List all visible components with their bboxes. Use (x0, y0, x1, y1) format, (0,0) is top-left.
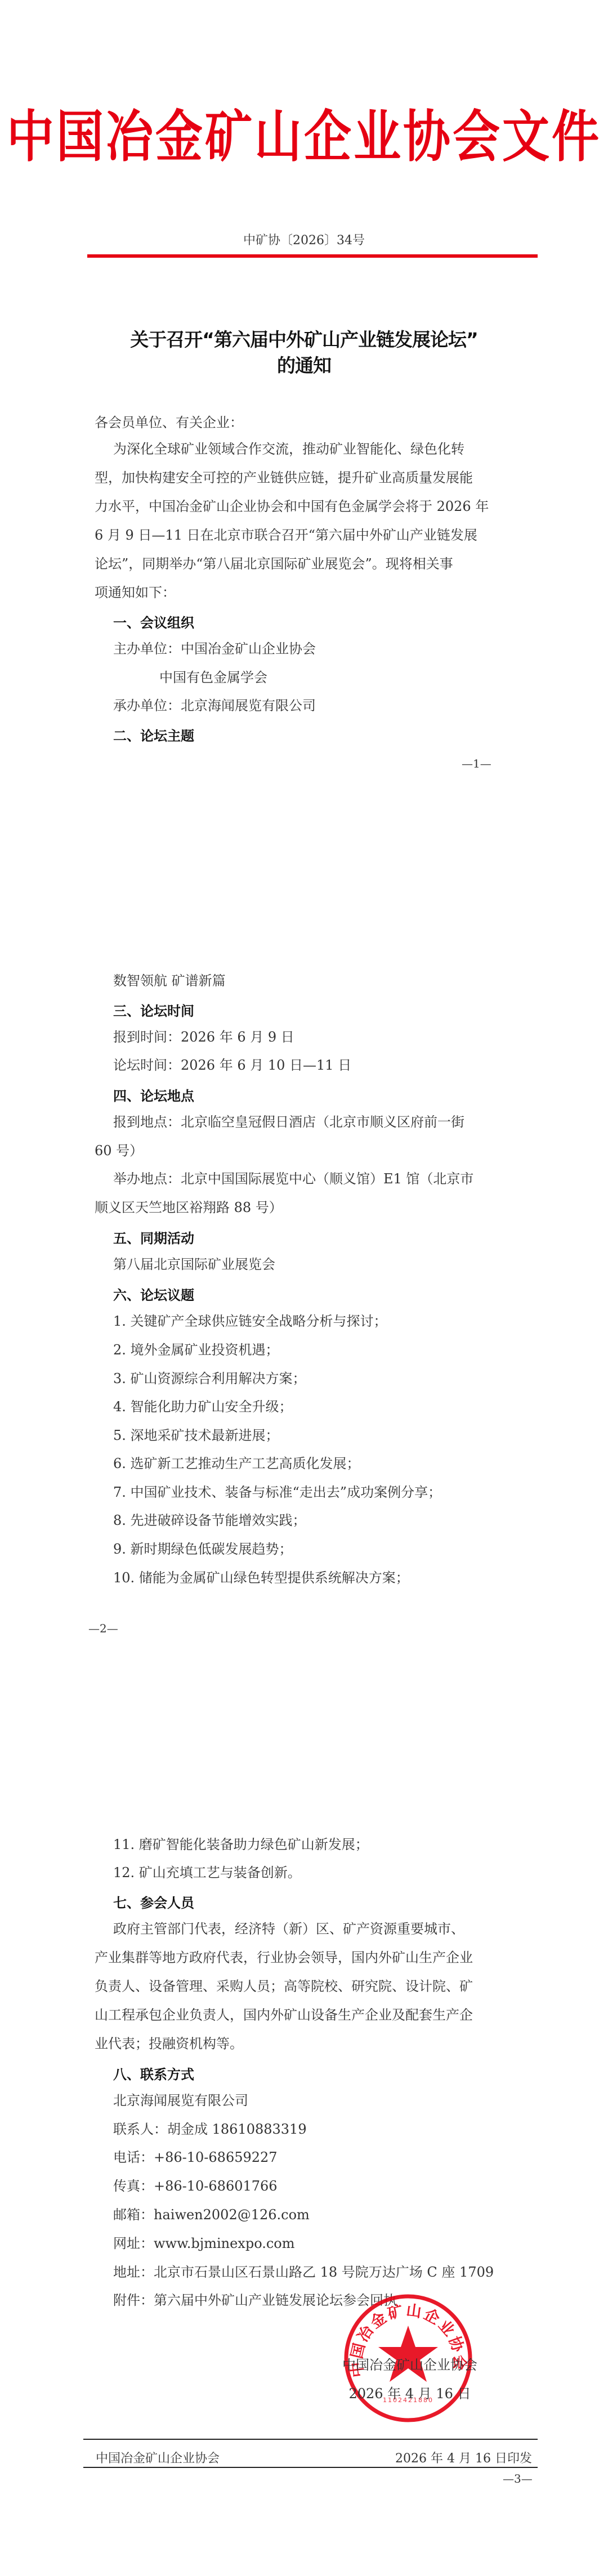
attendees-line: 业代表；投融资机构等。 (95, 2035, 534, 2053)
page-number-1: —1— (462, 757, 491, 770)
footer-issue-date: 2026 年 4 月 16 日印发 (366, 2450, 532, 2468)
section-heading-location: 四、论坛地点 (113, 1085, 194, 1105)
forum-time: 论坛时间：2026 年 6 月 10 日—11 日 (113, 1056, 552, 1074)
topic-item: 8. 先进破碎设备节能增效实践； (113, 1511, 552, 1529)
section-heading-concurrent: 五、同期活动 (113, 1227, 194, 1247)
section-heading-attendees: 七、参会人员 (113, 1892, 194, 1911)
attendees-line: 负责人、设备管理、采购人员；高等院校、研究院、设计院、矿 (95, 1977, 534, 1995)
section-heading-topics: 六、论坛议题 (113, 1284, 194, 1304)
registration-place: 报到地点：北京临空皇冠假日酒店（北京市顺义区府前一街 (113, 1113, 552, 1131)
topic-item: 12. 矿山充填工艺与装备创新。 (113, 1864, 552, 1882)
topic-item: 10. 储能为金属矿山绿色转型提供系统解决方案； (113, 1569, 552, 1587)
attendees-line: 政府主管部门代表，经济特（新）区、矿产资源重要城市、 (113, 1920, 552, 1938)
organizer-unit: 承办单位：北京海闻展览有限公司 (113, 697, 552, 715)
footer-top-rule (83, 2439, 538, 2440)
document-number: 中矿协〔2026〕34号 (0, 231, 608, 248)
page-number-2: —2— (88, 1622, 118, 1635)
contact-email: 邮箱：haiwen2002@126.com (113, 2206, 552, 2224)
section-heading-time: 三、论坛时间 (113, 1000, 194, 1020)
intro-line: 型，加快构建安全可控的产业链供应链，提升矿业高质量发展能 (95, 469, 534, 487)
page-number-3: —3— (503, 2472, 533, 2485)
contact-fax: 传真：+86-10-68601766 (113, 2177, 552, 2195)
intro-line: 项通知如下： (95, 584, 534, 602)
contact-company: 北京海闻展览有限公司 (113, 2092, 552, 2110)
topic-item: 11. 磨矿智能化装备助力绿色矿山新发展； (113, 1835, 552, 1854)
topic-item: 3. 矿山资源综合利用解决方案； (113, 1370, 552, 1388)
host-units: 主办单位：中国冶金矿山企业协会 (113, 640, 552, 658)
venue-cont: 顺义区天竺地区裕翔路 88 号） (95, 1199, 534, 1217)
contact-website: 网址：www.bjminexpo.com (113, 2234, 552, 2252)
salutation: 各会员单位、有关企业： (95, 414, 534, 432)
topic-item: 7. 中国矿业技术、装备与标准“走出去”成功案例分享； (113, 1483, 552, 1501)
intro-line: 为深化全球矿业领域合作交流，推动矿业智能化、绿色化转 (113, 440, 552, 458)
section-heading-contact: 八、联系方式 (113, 2063, 194, 2083)
concurrent-event: 第八届北京国际矿业展览会 (113, 1255, 552, 1273)
attendees-line: 产业集群等地方政府代表，行业协会领导，国内外矿山生产企业 (95, 1949, 534, 1967)
registration-place-cont: 60 号） (95, 1142, 534, 1160)
host-unit-second: 中国有色金属学会 (159, 668, 598, 686)
venue: 举办地点：北京中国国际展览中心（顺义馆）E1 馆（北京市 (113, 1170, 552, 1188)
notice-title-line1: 关于召开“第六届中外矿山产业链发展论坛” (0, 325, 608, 352)
intro-line: 力水平，中国冶金矿山企业协会和中国有色金属学会将于 2026 年 (95, 497, 534, 515)
signature-org: 中国冶金矿山企业协会 (337, 2356, 483, 2374)
document-header-title: 中国冶金矿山企业协会文件 (0, 100, 608, 173)
forum-theme: 数智领航 矿谱新篇 (113, 972, 552, 990)
footer-bottom-rule (83, 2467, 538, 2468)
signature-date: 2026 年 4 月 16 日 (337, 2385, 483, 2403)
registration-time: 报到时间：2026 年 6 月 9 日 (113, 1028, 552, 1046)
notice-title-line2: 的通知 (0, 351, 608, 378)
intro-line: 6 月 9 日—11 日在北京市联合召开“第六届中外矿山产业链发展 (95, 526, 534, 544)
section-heading-theme: 二、论坛主题 (113, 725, 194, 744)
topic-item: 6. 选矿新工艺推动生产工艺高质化发展； (113, 1455, 552, 1473)
topic-item: 9. 新时期绿色低碳发展趋势； (113, 1540, 552, 1558)
attachment-note: 附件：第六届中外矿山产业链发展论坛参会回执 (113, 2291, 552, 2309)
topic-item: 1. 关键矿产全球供应链安全战略分析与探讨； (113, 1312, 552, 1330)
attendees-line: 山工程承包企业负责人，国内外矿山设备生产企业及配套生产企 (95, 2006, 534, 2024)
section-heading-organization: 一、会议组织 (113, 612, 194, 631)
topic-item: 5. 深地采矿技术最新进展； (113, 1426, 552, 1444)
contact-phone: 电话：+86-10-68659227 (113, 2148, 552, 2166)
red-divider (87, 254, 538, 258)
contact-person: 联系人：胡金成 18610883319 (113, 2120, 552, 2138)
topic-item: 4. 智能化助力矿山安全升级； (113, 1398, 552, 1416)
contact-address: 地址：北京市石景山区石景山路乙 18 号院万达广场 C 座 1709 (113, 2263, 552, 2281)
topic-item: 2. 境外金属矿业投资机遇； (113, 1341, 552, 1359)
intro-line: 论坛”，同期举办“第八届北京国际矿业展览会”。现将相关事 (95, 555, 534, 573)
